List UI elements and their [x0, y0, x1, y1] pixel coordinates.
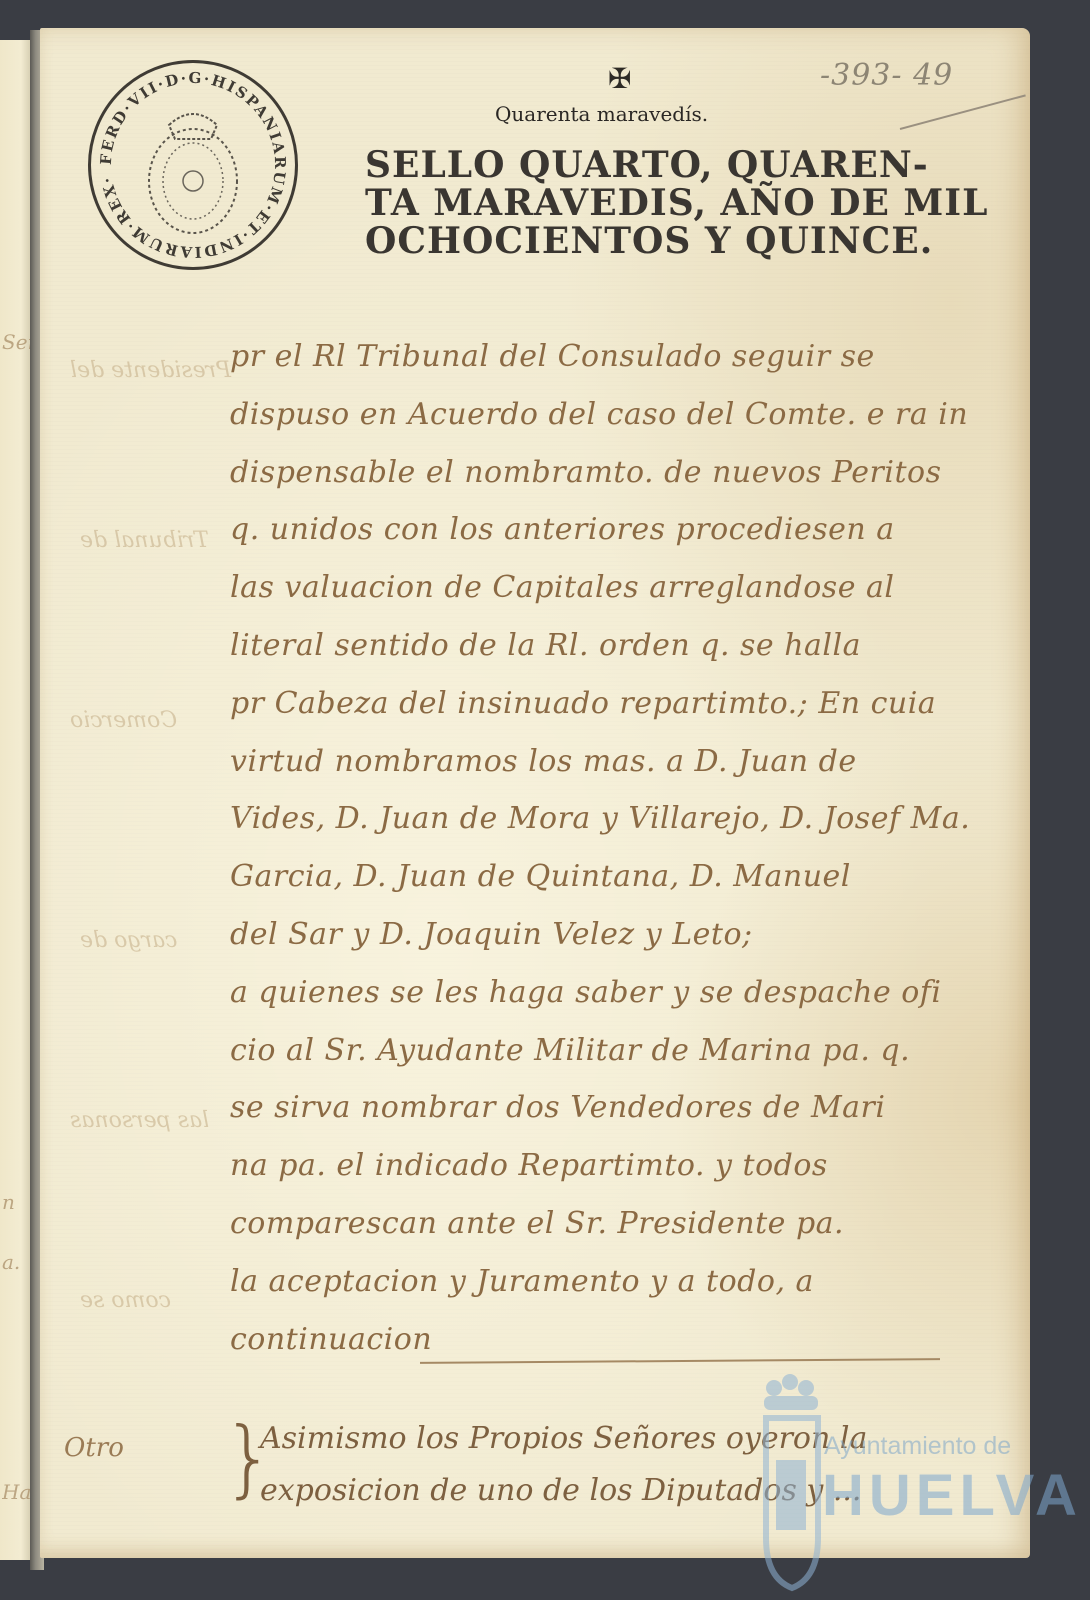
bleed-through-text: Tribunal de: [80, 528, 209, 553]
bleed-through-text: Presidente del: [70, 358, 231, 383]
stamp-heading-line: SELLO QUARTO, QUAREN-: [365, 146, 925, 184]
handwritten-line: del Sar y D. Joaquin Velez y Leto;: [230, 906, 1020, 964]
handwritten-line: pr Cabeza del insinuado repartimto.; En …: [230, 675, 1020, 733]
stamp-value-line: Quarenta maravedís.: [495, 102, 708, 126]
manuscript-page: -393- 49 FERD·VII·D·G·HISPANIARUM·ET·IND…: [40, 28, 1030, 1558]
stamp-heading-line: TA MARAVEDIS, AÑO DE MIL: [365, 184, 925, 222]
bleed-through-text: Comercio: [70, 708, 177, 733]
margin-note: Otro: [64, 1433, 124, 1463]
left-margin-fragment: a.: [2, 1250, 30, 1274]
handwritten-line: cio al Sr. Ayudante Militar de Marina pa…: [230, 1022, 1020, 1080]
left-margin-fragment: Ha: [2, 1480, 30, 1504]
bleed-through-text: como se: [80, 1288, 171, 1313]
stamp-heading-line: OCHOCIENTOS Y QUINCE.: [365, 222, 925, 260]
watermark-line2: HUELVA: [822, 1462, 1082, 1529]
folio-number: -393- 49: [820, 58, 953, 93]
handwritten-line: Vides, D. Juan de Mora y Villarejo, D. J…: [230, 790, 1020, 848]
handwritten-line: la aceptacion y Juramento y a todo, a: [230, 1253, 1020, 1311]
handwritten-line: se sirva nombrar dos Vendedores de Mari: [230, 1079, 1020, 1137]
left-margin-fragment: Sen: [2, 330, 30, 354]
folio-underline: [900, 94, 1026, 130]
svg-text:FERD·VII·D·G·HISPANIARUM·ET·IN: FERD·VII·D·G·HISPANIARUM·ET·INDIARUM·REX…: [97, 69, 289, 262]
seal-legend: FERD·VII·D·G·HISPANIARUM·ET·INDIARUM·REX…: [97, 69, 289, 262]
handwritten-line: virtud nombramos los mas. a D. Juan de: [230, 733, 1020, 791]
archive-watermark: Ayuntamiento de HUELVA: [760, 1370, 1060, 1600]
handwritten-line: na pa. el indicado Repartimto. y todos: [230, 1137, 1020, 1195]
handwritten-line: Garcia, D. Juan de Quintana, D. Manuel: [230, 848, 1020, 906]
handwritten-line: las valuacion de Capitales arreglandose …: [230, 559, 1020, 617]
huelva-shield-icon: [760, 1370, 824, 1600]
handwritten-line: q. unidos con los anteriores procediesen…: [230, 501, 1020, 559]
handwritten-line: a quienes se les haga saber y se despach…: [230, 964, 1020, 1022]
cross-icon: ✠: [608, 62, 631, 95]
handwritten-line: comparescan ante el Sr. Presidente pa.: [230, 1195, 1020, 1253]
left-margin-fragment: n: [2, 1190, 30, 1214]
bleed-through-text: las personas: [70, 1108, 209, 1133]
watermark-line1: Ayuntamiento de: [824, 1432, 1011, 1461]
bleed-through-text: cargo de: [80, 928, 177, 953]
royal-seal-stamp: FERD·VII·D·G·HISPANIARUM·ET·INDIARUM·REX…: [88, 60, 298, 270]
handwritten-line: pr el Rl Tribunal del Consulado seguir s…: [230, 328, 1020, 386]
seal-emblem-icon: FERD·VII·D·G·HISPANIARUM·ET·INDIARUM·REX…: [91, 63, 295, 267]
handwritten-line: literal sentido de la Rl. orden q. se ha…: [230, 617, 1020, 675]
handwritten-body: pr el Rl Tribunal del Consulado seguir s…: [230, 328, 1020, 1368]
left-adjacent-page: Sen n a. Ha: [0, 40, 30, 1560]
handwritten-line: dispensable el nombramto. de nuevos Peri…: [230, 444, 1020, 502]
stamp-heading: SELLO QUARTO, QUAREN- TA MARAVEDIS, AÑO …: [365, 146, 925, 260]
handwritten-line: dispuso en Acuerdo del caso del Comte. e…: [230, 386, 1020, 444]
